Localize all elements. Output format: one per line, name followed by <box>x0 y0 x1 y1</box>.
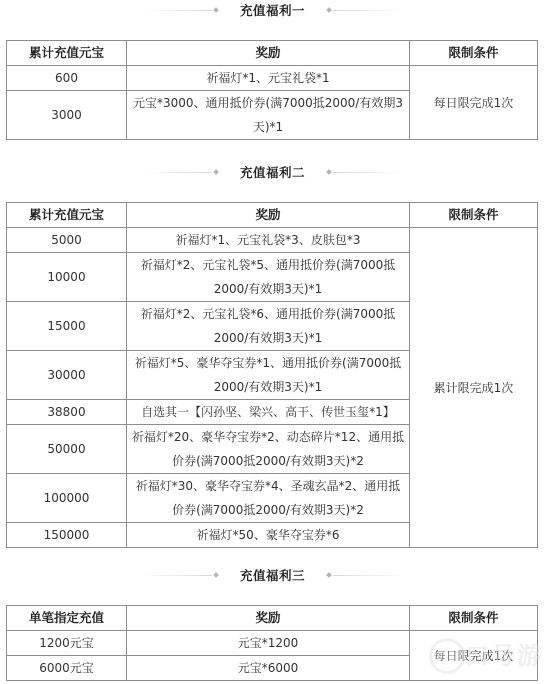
divider-line <box>333 172 403 173</box>
amount-cell: 50000 <box>7 425 127 474</box>
reward-cell: 祈福灯*20、豪华夺宝券*2、动态碎片*12、通用抵价券(满7000抵2000/… <box>127 425 410 474</box>
condition-cell: 每日限完成1次 <box>410 631 538 681</box>
section-title-3: 充值福利三 <box>0 565 545 585</box>
amount-cell: 38800 <box>7 400 127 425</box>
reward-cell: 元宝*3000、通用抵价券(满7000抵2000/有效期3天)*1 <box>127 91 410 140</box>
divider-line <box>142 172 212 173</box>
diamond-ornament-icon <box>326 572 332 578</box>
amount-cell: 3000 <box>7 91 127 140</box>
condition-cell: 每日限完成1次 <box>410 66 538 140</box>
reward-cell: 祈福灯*2、元宝礼袋*5、通用抵价券(满7000抵2000/有效期3天)*1 <box>127 253 410 302</box>
table-row: 5000 祈福灯*1、元宝礼袋*3、皮肤包*3 累计限完成1次 <box>7 228 538 253</box>
section-heading: 充值福利一 <box>240 1 305 19</box>
reward-cell: 祈福灯*30、豪华夺宝券*4、圣魂玄晶*2、通用抵价券(满7000抵2000/有… <box>127 474 410 523</box>
header-amount: 单笔指定充值 <box>7 606 127 631</box>
diamond-ornament-icon <box>213 169 219 175</box>
amount-cell: 150000 <box>7 523 127 548</box>
reward-cell: 祈福灯*1、元宝礼袋*3、皮肤包*3 <box>127 228 410 253</box>
recharge-table-3: 单笔指定充值 奖励 限制条件 1200元宝 元宝*1200 每日限完成1次 60… <box>6 605 538 681</box>
section-title-1: 充值福利一 <box>0 0 545 20</box>
table-row: 600 祈福灯*1、元宝礼袋*1 每日限完成1次 <box>7 66 538 91</box>
amount-cell: 1200元宝 <box>7 631 127 656</box>
diamond-ornament-icon <box>326 7 332 13</box>
amount-cell: 100000 <box>7 474 127 523</box>
header-amount: 累计充值元宝 <box>7 41 127 66</box>
reward-cell: 祈福灯*5、豪华夺宝券*1、通用抵价券(满7000抵2000/有效期3天)*1 <box>127 351 410 400</box>
diamond-ornament-icon <box>213 572 219 578</box>
recharge-table-2: 累计充值元宝 奖励 限制条件 5000 祈福灯*1、元宝礼袋*3、皮肤包*3 累… <box>6 202 538 548</box>
amount-cell: 600 <box>7 66 127 91</box>
divider-line <box>333 575 403 576</box>
header-reward: 奖励 <box>127 41 410 66</box>
reward-cell: 自选其一【闪孙坚、梁兴、高干、传世玉玺*1】 <box>127 400 410 425</box>
amount-cell: 10000 <box>7 253 127 302</box>
diamond-ornament-icon <box>326 169 332 175</box>
header-amount: 累计充值元宝 <box>7 203 127 228</box>
header-reward: 奖励 <box>127 203 410 228</box>
divider-line <box>333 10 403 11</box>
section-heading: 充值福利三 <box>240 566 305 584</box>
header-condition: 限制条件 <box>410 203 538 228</box>
divider-line <box>142 10 212 11</box>
recharge-table-1: 累计充值元宝 奖励 限制条件 600 祈福灯*1、元宝礼袋*1 每日限完成1次 … <box>6 40 538 140</box>
header-condition: 限制条件 <box>410 606 538 631</box>
header-condition: 限制条件 <box>410 41 538 66</box>
condition-cell: 累计限完成1次 <box>410 228 538 548</box>
diamond-ornament-icon <box>213 7 219 13</box>
reward-cell: 祈福灯*1、元宝礼袋*1 <box>127 66 410 91</box>
table-header-row: 累计充值元宝 奖励 限制条件 <box>7 41 538 66</box>
reward-cell: 元宝*6000 <box>127 656 410 681</box>
amount-cell: 5000 <box>7 228 127 253</box>
section-heading: 充值福利二 <box>240 163 305 181</box>
header-reward: 奖励 <box>127 606 410 631</box>
reward-cell: 祈福灯*2、元宝礼袋*6、通用抵价券(满7000抵2000/有效期3天)*1 <box>127 302 410 351</box>
amount-cell: 6000元宝 <box>7 656 127 681</box>
divider-line <box>142 575 212 576</box>
table-row: 1200元宝 元宝*1200 每日限完成1次 <box>7 631 538 656</box>
section-title-2: 充值福利二 <box>0 162 545 182</box>
reward-cell: 祈福灯*50、豪华夺宝券*6 <box>127 523 410 548</box>
reward-cell: 元宝*1200 <box>127 631 410 656</box>
amount-cell: 15000 <box>7 302 127 351</box>
amount-cell: 30000 <box>7 351 127 400</box>
table-header-row: 累计充值元宝 奖励 限制条件 <box>7 203 538 228</box>
table-header-row: 单笔指定充值 奖励 限制条件 <box>7 606 538 631</box>
